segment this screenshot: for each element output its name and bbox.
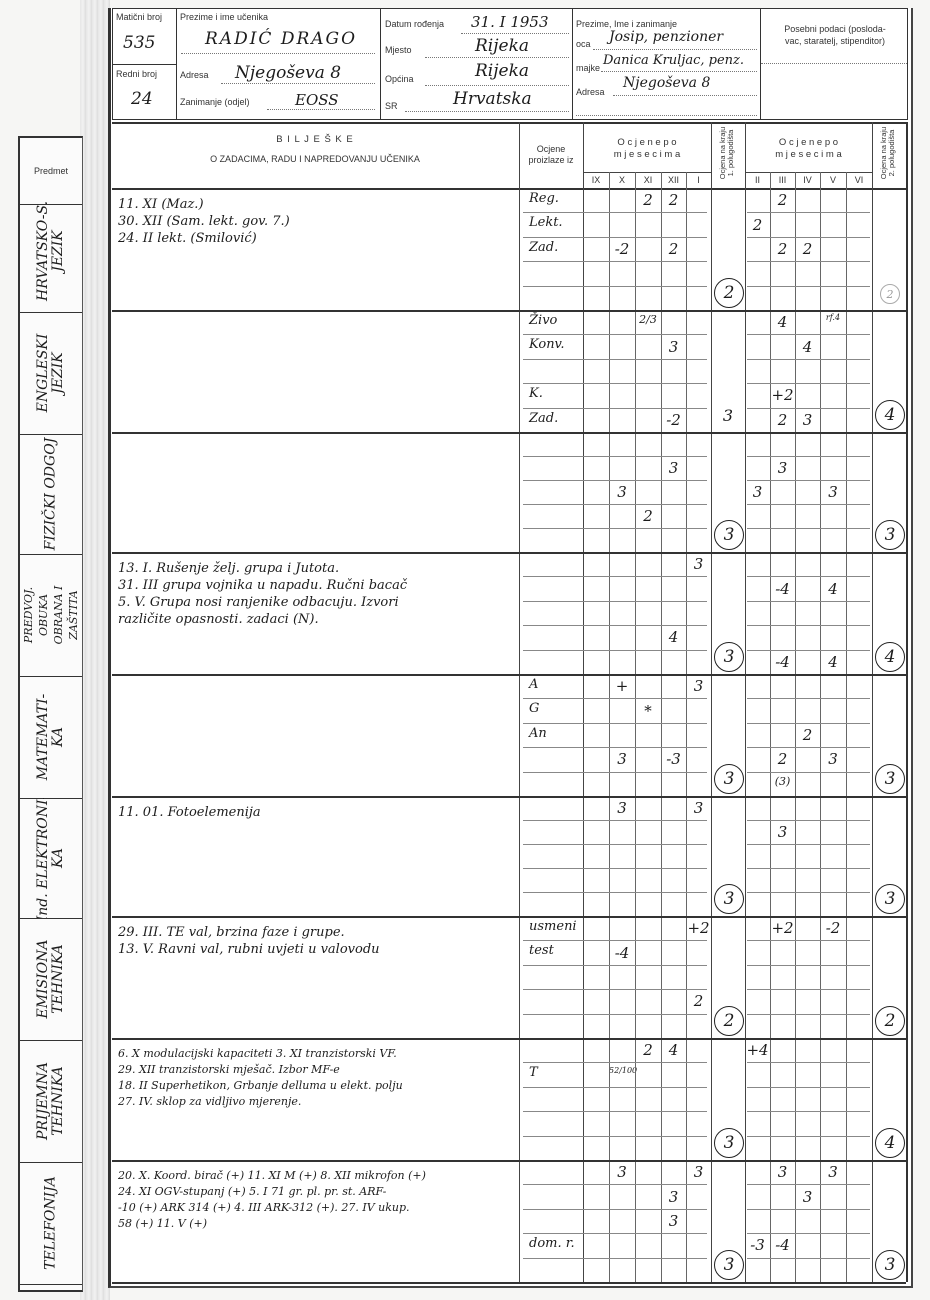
opcina-label: Općina <box>385 74 414 84</box>
note-line: 24. II lekt. (Smilović) <box>118 230 513 247</box>
grid-line <box>583 172 711 173</box>
monthly-grade: * <box>635 702 661 720</box>
sub-row-line <box>523 625 707 626</box>
monthly-grade: 4 <box>820 653 846 671</box>
monthly-grade: 3 <box>661 1212 686 1230</box>
redni-broj-box: Redni broj 24 <box>112 64 178 120</box>
monthly-grade: 2 <box>635 507 661 525</box>
subject-tab: HRVATSKO-S. JEZIK <box>20 190 82 313</box>
majke-value: Danica Krulјac, penz. <box>603 53 744 68</box>
roditelji-label: Prezime, Ime i zanimanje <box>576 19 677 29</box>
sub-row-line <box>747 650 870 651</box>
grade-source-label: dom. r. <box>523 1236 585 1251</box>
posebni-podaci-box: Posebni podaci (posloda- vac, staratelj,… <box>760 8 908 120</box>
subject-notes: 11. XI (Maz.)30. XII (Sam. lekt. gov. 7.… <box>118 196 513 247</box>
monthly-grade: +2 <box>770 386 795 404</box>
month-header-vi: VI <box>846 175 872 185</box>
monthly-grade: 3 <box>686 1163 711 1181</box>
sub-row-line <box>523 1014 707 1015</box>
final-grade-1st-term: 3 <box>714 1250 744 1280</box>
subject-row-divider <box>112 674 906 676</box>
final-grade-2nd-term: 2 <box>875 1006 905 1036</box>
monthly-grade: 2 <box>770 191 795 209</box>
sub-row-line <box>747 892 870 893</box>
grade-source-label: T <box>523 1065 585 1080</box>
ocjene-po-mjesecima-1: O c j e n e p o m j e s e c i m a <box>583 137 711 161</box>
sub-row-line <box>747 723 870 724</box>
subject-tab: EMISIONA TEHNIKA <box>20 918 82 1041</box>
sub-row-line <box>747 772 870 773</box>
grade-source-label: Živo <box>523 313 585 328</box>
sub-row-line <box>523 698 707 699</box>
subject-name: Ind. ELEKTRONI- KA <box>36 798 66 919</box>
note-line: 6. X modulacijski kapaciteti 3. XI tranz… <box>118 1046 513 1062</box>
subject-row-divider <box>112 916 906 918</box>
note-line: 20. X. Koord. birač (+) 11. XI M (+) 8. … <box>118 1168 513 1184</box>
month-header-ii: II <box>745 175 770 185</box>
monthly-grade: 2/3 <box>635 313 661 326</box>
mjesto-label: Mjesto <box>385 45 412 55</box>
subject-row-divider <box>112 1160 906 1162</box>
sub-row-line <box>747 383 870 384</box>
monthly-grade: -4 <box>770 1236 795 1254</box>
note-line: 24. XI OGV-stupanj (+) 5. I 71 gr. pl. p… <box>118 1184 513 1200</box>
monthly-grade: 3 <box>661 1188 686 1206</box>
monthly-grade: +4 <box>745 1041 770 1059</box>
final-grade-1st-term: 3 <box>714 884 744 914</box>
monthly-grade: 3 <box>609 1163 635 1181</box>
subject-row-divider <box>112 310 906 312</box>
sub-row-line <box>523 989 707 990</box>
subject-notes: 29. III. TE val, brzina faze i grupe.13.… <box>118 924 513 958</box>
monthly-grade: 3 <box>820 1163 846 1181</box>
sub-row-line <box>523 480 707 481</box>
monthly-grade: 3 <box>795 1188 820 1206</box>
final-grade-1st-term: 2 <box>714 1006 744 1036</box>
sub-row-line <box>747 528 870 529</box>
mjesto-value: Rijeka <box>475 36 529 56</box>
note-line: 30. XII (Sam. lekt. gov. 7.) <box>118 213 513 230</box>
sub-row-line <box>523 747 707 748</box>
note-line: 29. XII tranzistorski mješač. Izbor MF-e <box>118 1062 513 1078</box>
sr-value: Hrvatska <box>453 89 532 109</box>
sub-row-line <box>747 1111 870 1112</box>
biljeske-title: B I L J E Š K E <box>112 134 518 145</box>
monthly-grade: 3 <box>820 750 846 768</box>
sub-row-line <box>747 1087 870 1088</box>
final-grade-2nd-term: 3 <box>875 764 905 794</box>
grid-line <box>820 172 821 1282</box>
month-header-iii: III <box>770 175 795 185</box>
final-grade-2nd-term: 3 <box>875 520 905 550</box>
maticni-broj-label: Matični broj <box>116 12 162 22</box>
final-grade-1st-term: 3 <box>714 1128 744 1158</box>
sub-row-line <box>523 237 707 238</box>
sub-row-line <box>747 868 870 869</box>
sub-row-line <box>747 212 870 213</box>
sr-label: SR <box>385 101 398 111</box>
monthly-grade: -3 <box>745 1236 770 1254</box>
adresa-value: Njegoševa 8 <box>235 63 341 83</box>
final-grade-2nd-term: 4 <box>875 1128 905 1158</box>
monthly-grade: -4 <box>609 944 635 962</box>
grade-source-label: A <box>523 677 585 692</box>
sub-row-line <box>747 989 870 990</box>
sub-row-line <box>523 456 707 457</box>
sub-row-line <box>523 601 707 602</box>
subject-name: HRVATSKO-S. JEZIK <box>36 201 66 301</box>
monthly-grade: 3 <box>745 483 770 501</box>
sub-row-line <box>747 820 870 821</box>
final-grade-1st-term: 3 <box>714 520 744 550</box>
sub-row-line <box>523 576 707 577</box>
grid-line <box>609 172 610 1282</box>
subject-tab: Ind. ELEKTRONI- KA <box>20 798 82 919</box>
monthly-grade: +2 <box>770 919 795 937</box>
sub-row-line <box>523 1111 707 1112</box>
subject-tab: TELEFONIJA <box>20 1162 82 1285</box>
monthly-grade: 3 <box>770 459 795 477</box>
note-line: 11. XI (Maz.) <box>118 196 513 213</box>
parents-info-box: Prezime, Ime i zanimanje oca Josip, penz… <box>572 8 762 120</box>
grid-line <box>661 172 662 1282</box>
grade-source-label: usmeni <box>523 919 585 934</box>
subject-name: PRIJEMNA TEHNIKA <box>36 1062 66 1140</box>
subject-name: FIZIČKI ODGOJ <box>44 438 59 551</box>
monthly-grade: rf.4 <box>820 313 846 322</box>
subject-tab: PREDVOJ. OBUKA OBRANA I ZAŠTITA <box>20 554 82 677</box>
adresa-roditelja-label: Adresa <box>576 87 605 97</box>
sub-row-line <box>747 408 870 409</box>
monthly-grade: -2 <box>609 240 635 258</box>
sub-row-line <box>523 723 707 724</box>
monthly-grade: 2 <box>635 191 661 209</box>
monthly-grade: 3 <box>686 555 711 573</box>
monthly-grade: 4 <box>820 580 846 598</box>
sub-row-line <box>523 1233 707 1234</box>
note-line: 13. I. Rušenje želj. grupa i Jutota. <box>118 560 513 577</box>
grid-line <box>745 122 746 1282</box>
grid-line <box>770 172 771 1282</box>
grade-source-label: An <box>523 726 585 741</box>
final-grade-1st-term: 2 <box>714 278 744 308</box>
grid-line <box>635 172 636 1282</box>
final-grade-2nd-term: 2 <box>880 284 900 304</box>
note-line: 5. V. Grupa nosi ranjenike odbacuju. Izv… <box>118 594 513 611</box>
grid-line <box>112 122 906 124</box>
grid-line <box>846 172 847 1282</box>
final-grade-2nd-term: 3 <box>875 1250 905 1280</box>
monthly-grade: + <box>609 677 635 695</box>
sub-row-line <box>747 1062 870 1063</box>
grid-line <box>872 122 873 1282</box>
monthly-grade: 2 <box>661 240 686 258</box>
grid-line <box>711 122 712 1282</box>
monthly-grade: 3 <box>795 411 820 429</box>
monthly-grade: 3 <box>609 483 635 501</box>
ocjene-proizlaze-header: Ocjene proizlaze iz <box>519 144 583 166</box>
month-header-v: V <box>820 175 846 185</box>
oca-label: oca <box>576 39 591 49</box>
grid-line <box>583 122 584 1282</box>
sub-row-line <box>747 1258 870 1259</box>
sub-row-line <box>747 237 870 238</box>
sub-row-line <box>523 383 707 384</box>
note-line: 29. III. TE val, brzina faze i grupe. <box>118 924 513 941</box>
subject-row-divider <box>112 552 906 554</box>
student-info-box: Prezime i ime učenika RADIĆ DRAGO Adresa… <box>176 8 382 120</box>
birth-info-box: Datum rođenja 31. I 1953 Mjesto Rijeka O… <box>380 8 574 120</box>
sub-row-line <box>747 261 870 262</box>
prezime-ime-value: RADIĆ DRAGO <box>205 29 357 49</box>
monthly-grade: (3) <box>770 775 795 788</box>
grid-line <box>795 172 796 1282</box>
sub-row-line <box>747 940 870 941</box>
monthly-grade: 3 <box>661 459 686 477</box>
sub-row-line <box>747 965 870 966</box>
ocjene-po-mjesecima-2: O c j e n e p o m j e s e c i m a <box>745 137 872 161</box>
sub-row-line <box>523 650 707 651</box>
subject-notes: 11. 01. Fotoelemenija <box>118 804 513 821</box>
sub-row-line <box>523 408 707 409</box>
subject-name: ENGLESKI JEZIK <box>36 334 66 413</box>
sub-row-line <box>523 504 707 505</box>
sub-row-line <box>523 286 707 287</box>
zanimanje-value: EOSS <box>295 91 339 109</box>
monthly-grade: -4 <box>770 580 795 598</box>
monthly-grade: 3 <box>820 483 846 501</box>
final-grade-1st-term: 3 <box>711 406 745 425</box>
month-header-x: X <box>609 175 635 185</box>
month-header-ix: IX <box>583 175 609 185</box>
maticni-broj-value: 535 <box>123 33 155 53</box>
sub-row-line <box>523 261 707 262</box>
redni-broj-value: 24 <box>131 89 153 109</box>
grid-line <box>906 122 908 1282</box>
sub-row-line <box>523 528 707 529</box>
monthly-grade: 2 <box>770 240 795 258</box>
monthly-grade: 2 <box>635 1041 661 1059</box>
subject-name: TELEFONIJA <box>44 1176 59 1270</box>
monthly-grade: 4 <box>661 628 686 646</box>
sub-row-line <box>747 625 870 626</box>
sub-row-line <box>523 772 707 773</box>
datum-rodjenja-label: Datum rođenja <box>385 19 444 29</box>
subject-column: Predmet HRVATSKO-S. JEZIKENGLESKI JEZIKF… <box>18 136 83 1292</box>
sub-row-line <box>523 820 707 821</box>
note-line: 18. II Superhetikon, Grbanje delluma u e… <box>118 1078 513 1094</box>
subject-row-divider <box>112 796 906 798</box>
month-header-xii: XII <box>661 175 686 185</box>
grade-source-label: test <box>523 943 585 958</box>
subject-row-divider <box>112 1038 906 1040</box>
sub-row-line <box>747 601 870 602</box>
sub-row-line <box>747 359 870 360</box>
oca-value: Josip, penzioner <box>609 29 723 45</box>
month-header-i: I <box>686 175 711 185</box>
monthly-grade: 2 <box>795 726 820 744</box>
final-grade-2nd-term: 4 <box>875 400 905 430</box>
sub-row-line <box>747 747 870 748</box>
sub-row-line <box>523 1087 707 1088</box>
sub-row-line <box>523 844 707 845</box>
sub-row-line <box>523 965 707 966</box>
subject-tab: PRIJEMNA TEHNIKA <box>20 1040 82 1163</box>
grid-line <box>519 122 520 1282</box>
monthly-grade: 4 <box>661 1041 686 1059</box>
sub-row-line <box>747 286 870 287</box>
kraj-2-polugodista-header: Ocjena na kraju 2. polugodišta <box>880 123 898 183</box>
sub-row-line <box>523 1184 707 1185</box>
monthly-grade: 3 <box>609 750 635 768</box>
subject-tab: MATEMATI- KA <box>20 676 82 799</box>
monthly-grade: 2 <box>770 750 795 768</box>
sub-row-line <box>523 892 707 893</box>
sub-row-line <box>747 576 870 577</box>
subject-notes: 13. I. Rušenje želj. grupa i Jutota.31. … <box>118 560 513 628</box>
monthly-grade: 2 <box>795 240 820 258</box>
subject-notes: 6. X modulacijski kapaciteti 3. XI tranz… <box>118 1046 513 1110</box>
monthly-grade: 3 <box>770 1163 795 1181</box>
final-grade-2nd-term: 4 <box>875 642 905 672</box>
adresa-roditelja-value: Njegoševa 8 <box>623 75 710 91</box>
note-line: 27. IV. sklop za vidljivo mjerenje. <box>118 1094 513 1110</box>
maticni-broj-box: Matični broj 535 <box>112 8 178 66</box>
majke-label: majke <box>576 63 600 73</box>
monthly-grade: -4 <box>770 653 795 671</box>
sub-row-line <box>523 1136 707 1137</box>
redni-broj-label: Redni broj <box>116 69 157 79</box>
sub-row-line <box>747 698 870 699</box>
sub-row-line <box>523 1209 707 1210</box>
sub-row-line <box>747 844 870 845</box>
page-binding <box>80 0 110 1300</box>
subject-name: MATEMATI- KA <box>36 694 66 781</box>
sub-row-line <box>523 940 707 941</box>
note-line: različite opasnosti. zadaci (N). <box>118 611 513 628</box>
monthly-grade: -2 <box>661 411 686 429</box>
kraj-1-polugodista-header: Ocjena na kraju 1. polugodišta <box>719 123 737 183</box>
sub-row-line <box>747 480 870 481</box>
sub-row-line <box>523 1062 707 1063</box>
grade-source-label: Reg. <box>523 191 585 206</box>
monthly-grade: 3 <box>661 338 686 356</box>
monthly-grade: 2 <box>661 191 686 209</box>
note-line: -10 (+) ARK 314 (+) 4. III ARK-312 (+). … <box>118 1200 513 1216</box>
month-header-iv: IV <box>795 175 820 185</box>
sub-row-line <box>747 1209 870 1210</box>
subject-tab: FIZIČKI ODGOJ <box>20 434 82 555</box>
monthly-grade: 4 <box>795 338 820 356</box>
final-grade-1st-term: 3 <box>714 764 744 794</box>
sub-row-line <box>747 456 870 457</box>
subject-tab: ENGLESKI JEZIK <box>20 312 82 435</box>
month-header-xi: XI <box>635 175 661 185</box>
sub-row-line <box>523 1258 707 1259</box>
sub-row-line <box>523 359 707 360</box>
grid-line <box>112 188 906 190</box>
note-line: 58 (+) 11. V (+) <box>118 1216 513 1232</box>
sub-row-line <box>747 1233 870 1234</box>
final-grade-1st-term: 3 <box>714 642 744 672</box>
sub-row-line <box>747 504 870 505</box>
note-line: 11. 01. Fotoelemenija <box>118 804 513 821</box>
subject-name: PREDVOJ. OBUKA OBRANA I ZAŠTITA <box>21 586 81 645</box>
final-grade-2nd-term: 3 <box>875 884 905 914</box>
subject-row-divider <box>112 432 906 434</box>
subject-row-divider <box>112 1282 906 1284</box>
grade-source-label: Lekt. <box>523 215 585 230</box>
sub-row-line <box>523 212 707 213</box>
note-line: 13. V. Ravni val, rubni uvjeti u valovod… <box>118 941 513 958</box>
monthly-grade: 3 <box>609 799 635 817</box>
sub-row-line <box>747 1136 870 1137</box>
monthly-grade: 2 <box>686 992 711 1010</box>
monthly-grade: 52/100 <box>609 1066 635 1075</box>
monthly-grade: 4 <box>770 313 795 331</box>
datum-rodjenja-value: 31. I 1953 <box>471 13 549 31</box>
subject-notes: 20. X. Koord. birač (+) 11. XI M (+) 8. … <box>118 1168 513 1232</box>
grade-source-label: Zad. <box>523 240 585 255</box>
monthly-grade: 3 <box>686 677 711 695</box>
sub-row-line <box>523 868 707 869</box>
sub-row-line <box>523 334 707 335</box>
zanimanje-label: Zanimanje (odjel) <box>180 97 250 107</box>
sub-row-line <box>747 1014 870 1015</box>
monthly-grade: -3 <box>661 750 686 768</box>
grid-line <box>686 172 687 1282</box>
monthly-grade: 3 <box>686 799 711 817</box>
adresa-label: Adresa <box>180 70 209 80</box>
biljeske-subtitle: O ZADACIMA, RADU I NAPREDOVANJU UČENIKA <box>112 154 518 164</box>
monthly-grade: 2 <box>745 216 770 234</box>
subject-name: EMISIONA TEHNIKA <box>36 939 66 1018</box>
opcina-value: Rijeka <box>475 61 529 81</box>
sub-row-line <box>747 334 870 335</box>
grade-source-label: G <box>523 701 585 716</box>
monthly-grade: -2 <box>820 919 846 937</box>
grade-source-label: K. <box>523 386 585 401</box>
monthly-grade: 2 <box>770 411 795 429</box>
monthly-grade: 3 <box>770 823 795 841</box>
sub-row-line <box>747 1184 870 1185</box>
grid-line <box>745 172 872 173</box>
note-line: 31. III grupa vojnika u napadu. Ručni ba… <box>118 577 513 594</box>
monthly-grade: +2 <box>686 919 711 937</box>
grade-source-label: Konv. <box>523 337 585 352</box>
posebni-podaci-label: Posebni podaci (posloda- vac, staratelj,… <box>767 23 903 47</box>
prezime-ime-label: Prezime i ime učenika <box>180 12 268 22</box>
grade-source-label: Zad. <box>523 411 585 426</box>
